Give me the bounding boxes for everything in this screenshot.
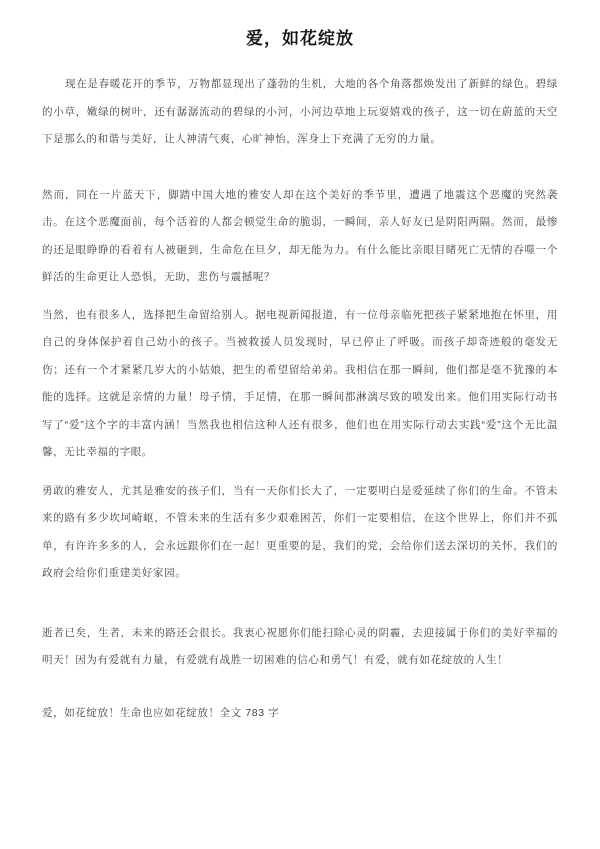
closing-line-word-count: 爱，如花绽放！生命也应如花绽放！全文 783 字 [42,700,558,728]
paragraph-earthquake: 然而，同在一片蓝天下，脚踏中国大地的雅安人却在这个美好的季节里，遭遇了地震这个恶… [42,182,558,292]
paragraph-sacrifice-stories: 当然，也有很多人，选择把生命留给别人。据电视新闻报道，有一位母亲临死把孩子紧紧地… [42,302,558,467]
document-title: 爱，如花绽放 [42,24,558,49]
paragraph-wishes: 逝者已矣，生者，未来的路还会很长。我衷心祝愿你们能扫除心灵的阴霾，去迎接属于你们… [42,620,558,675]
document-page: 爱，如花绽放 现在是春暖花开的季节，万物都显现出了蓬勃的生机，大地的各个角落都焕… [0,0,600,849]
paragraph-encouragement: 勇敢的雅安人，尤其是雅安的孩子们，当有一天你们长大了，一定要明白是爱延续了你们的… [42,478,558,588]
paragraph-intro-spring: 现在是春暖花开的季节，万物都显现出了蓬勃的生机，大地的各个角落都焕发出了新鲜的绿… [42,71,558,154]
